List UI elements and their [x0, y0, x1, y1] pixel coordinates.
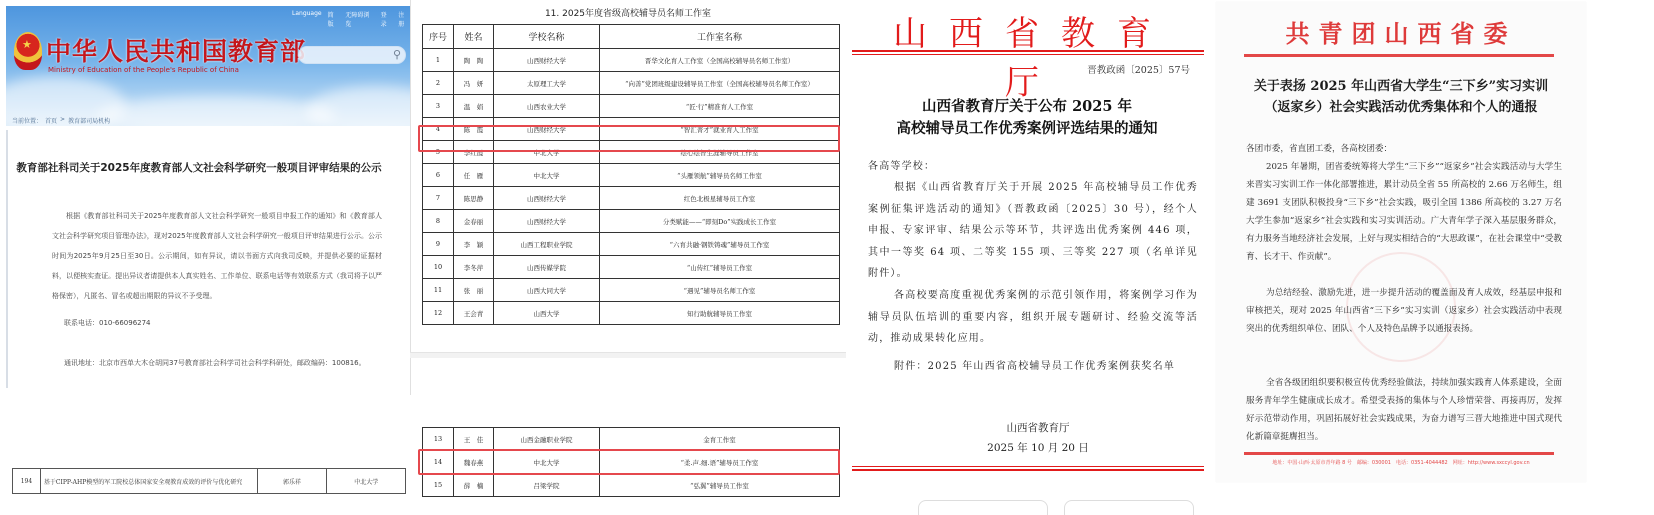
header-no: 序号	[423, 25, 454, 49]
cell-name: 李红霞	[454, 141, 494, 164]
sx-edu-notice-panel: 山西省教育厅 晋教政函〔2025〕57号 山西省教育厅关于公布 2025 年 高…	[846, 0, 1210, 515]
cell-school: 山西大学	[494, 302, 600, 325]
footer-contact: 地址：中国·山西·太原市青年路 8 号 邮编：030001 电话：0351-40…	[1216, 459, 1586, 466]
notice-paragraph-1: 根据《山西省教育厅关于开展 2025 年高校辅导员工作优秀案例征集评选活动的通知…	[868, 177, 1198, 285]
notice-header: 共青团山西省委	[1216, 14, 1586, 49]
cell-studio: “遇见”辅导员名师工作室	[600, 279, 840, 302]
cell-name: 王 佳	[454, 428, 494, 451]
cell-name: 薛 楠	[454, 474, 494, 497]
cell-studio: “弘翼”辅导员工作室	[600, 474, 840, 497]
cell-no: 9	[423, 233, 454, 256]
salutation: 各团市委，省直团工委，各高校团委：	[1246, 140, 1562, 158]
cell-school: 吕梁学院	[494, 474, 600, 497]
cell-studio: “头雁领航”辅导员名师工作室	[600, 164, 840, 187]
section-divider	[410, 352, 846, 358]
table-row: 9李 颖山西工程职业学院“六育共融·钢铁铸魂”辅导员工作室	[423, 233, 840, 256]
cell-name: 魏春燕	[454, 451, 494, 474]
notice-date: 2025 年 10 月 20 日	[846, 440, 1210, 455]
contact-phone: 联系电话：010-66096274	[64, 318, 151, 328]
cell-school: 中北大学	[494, 164, 600, 187]
language-link[interactable]: Language	[292, 10, 322, 28]
header-name: 姓名	[454, 25, 494, 49]
moe-site-header: 中华人民共和国教育部 Ministry of Education of the …	[6, 6, 410, 126]
cell-no: 13	[423, 428, 454, 451]
cell-name: 李 颖	[454, 233, 494, 256]
table-header-row: 序号 姓名 学校名称 工作室名称	[423, 25, 840, 49]
cell-name: 陶 陶	[454, 49, 494, 72]
notice-header: 山西省教育厅	[876, 6, 1190, 104]
cell-name: 李冬萍	[454, 256, 494, 279]
cell-studio: “六育共融·钢铁铸魂”辅导员工作室	[600, 233, 840, 256]
table-row-highlighted: 5李红霞中北大学绘心绘智生涯辅导员工作室	[423, 141, 840, 164]
attachment-line: 附件：2025 年山西省高校辅导员工作优秀案例获奖名单	[868, 356, 1198, 378]
cell-name: 张 丽	[454, 279, 494, 302]
table-row: 7陈思静山西财经大学红色北极星辅导员工作室	[423, 187, 840, 210]
cell-name: 任 雁	[454, 164, 494, 187]
cell-name: 陈思静	[454, 187, 494, 210]
cell-no: 14	[423, 451, 454, 474]
table-row: 11张 丽山西大同大学“遇见”辅导员名师工作室	[423, 279, 840, 302]
cell-studio: 晋华文化育人工作室（全国高校辅导员名师工作室）	[600, 49, 840, 72]
cell-no: 11	[423, 279, 454, 302]
notice-title-line1: 关于表扬 2025 年山西省大学生“三下乡”实习实训	[1216, 76, 1586, 97]
article-body: 教育部社科司关于2025年度教育部人文社会科学研究一般项目评审结果的公示 根据《…	[6, 130, 390, 388]
notice-title-line2: （返家乡）社会实践活动优秀集体和个人的通报	[1216, 97, 1586, 118]
project-table-row: 194 基于CIPP-AHP模型的军工院校总体国家安全观教育成效的评价与优化研究…	[12, 468, 406, 494]
project-person: 郭乐祥	[258, 469, 328, 493]
breadcrumb-label: 当前位置：	[12, 116, 42, 125]
cell-name: 温 娟	[454, 95, 494, 118]
table-row: 10李冬萍山西传媒学院“山传红”辅导员工作室	[423, 256, 840, 279]
cell-school: 山西传媒学院	[494, 256, 600, 279]
cell-school: 山西农业大学	[494, 95, 600, 118]
search-input[interactable]: ⚲	[298, 46, 406, 64]
cell-school: 山西工程职业学院	[494, 233, 600, 256]
cell-name: 王会青	[454, 302, 494, 325]
article-title: 教育部社科司关于2025年度教育部人文社会科学研究一般项目评审结果的公示	[8, 160, 390, 175]
cell-studio: “山传红”辅导员工作室	[600, 256, 840, 279]
header-rule-thin	[852, 54, 1204, 55]
panel-divider-line	[410, 0, 411, 395]
cell-name: 陈 霞	[454, 118, 494, 141]
article-paragraph: 根据《教育部社科司关于2025年度教育部人文社会科学研究一般项目申报工作的通知》…	[52, 206, 382, 306]
table-row: 12王会青山西大学知行助航辅导员工作室	[423, 302, 840, 325]
notice-title-line2: 高校辅导员工作优秀案例评选结果的通知	[852, 118, 1202, 140]
cell-no: 12	[423, 302, 454, 325]
accessibility-link[interactable]: 无障碍浏览	[345, 10, 374, 28]
footer-rule-thin	[852, 466, 1204, 467]
studio-table-bottom: 13王 佳山西金融职业学院金育工作室 14魏春燕中北大学“柔.声.细.语”辅导员…	[422, 427, 840, 497]
cell-studio: “向善”党团班级建设辅导员工作室（全国高校辅导员名师工作室）	[600, 72, 840, 95]
national-emblem-icon	[14, 32, 42, 70]
project-no: 194	[13, 469, 41, 493]
project-school: 中北大学	[327, 469, 405, 493]
cell-school: 山西财经大学	[494, 210, 600, 233]
cell-studio: 红色北极星辅导员工作室	[600, 187, 840, 210]
cell-studio: “柔.声.细.语”辅导员工作室	[600, 451, 840, 474]
cell-school: 山西金融职业学院	[494, 428, 600, 451]
cell-studio: 绘心绘智生涯辅导员工作室	[600, 141, 840, 164]
table-row: 8金春丽山西财经大学分类赋能——“即刻Do”实践成长工作室	[423, 210, 840, 233]
table-row: 6任 雁中北大学“头雁领航”辅导员名师工作室	[423, 164, 840, 187]
breadcrumb-home[interactable]: 首页	[45, 116, 57, 125]
notice-paragraph-1: 2025 年暑期，团省委统筹将大学生“三下乡”“返家乡”社会实践活动与大学生来晋…	[1246, 158, 1562, 266]
cell-school: 山西财经大学	[494, 118, 600, 141]
table-row: 2冯 妍太原理工大学“向善”党团班级建设辅导员工作室（全国高校辅导员名师工作室）	[423, 72, 840, 95]
cell-studio: 知行助航辅导员工作室	[600, 302, 840, 325]
cell-school: 山西大同大学	[494, 279, 600, 302]
table-row: 3温 娟山西农业大学“匠·行”精准育人工作室	[423, 95, 840, 118]
header-studio: 工作室名称	[600, 25, 840, 49]
cell-school: 中北大学	[494, 141, 600, 164]
notice-paragraph-2: 为总结经验、激励先进，进一步提升活动的覆盖面及育人成效，经基层申报和审核把关，现…	[1246, 284, 1562, 338]
site-subtitle: Ministry of Education of the People's Re…	[48, 66, 239, 74]
site-title: 中华人民共和国教育部	[46, 32, 306, 68]
bottom-button-2[interactable]	[1064, 500, 1194, 515]
cell-no: 1	[423, 49, 454, 72]
signature: 山西省教育厅	[846, 420, 1210, 435]
table-row: 15薛 楠吕梁学院“弘翼”辅导员工作室	[423, 474, 840, 497]
studio-table-top: 序号 姓名 学校名称 工作室名称 1陶 陶山西财经大学晋华文化育人工作室（全国高…	[422, 24, 840, 325]
header-rule-thick	[852, 50, 1204, 52]
login-link[interactable]: 登录	[381, 10, 393, 28]
top-links: Language 简版 无障碍浏览 登录 注册	[292, 10, 410, 28]
document-number: 晋教政函〔2025〕57号	[1087, 62, 1190, 76]
cell-no: 3	[423, 95, 454, 118]
footer-rule-thick	[852, 469, 1204, 471]
table-row: 1陶 陶山西财经大学晋华文化育人工作室（全国高校辅导员名师工作室）	[423, 49, 840, 72]
notice-paragraph-2: 各高校要高度重视优秀案例的示范引领作用，将案例学习作为辅导员队伍培训的重要内容，…	[868, 285, 1198, 350]
notice-paragraph-3: 全省各级团组织要积极宣传优秀经验做法，持续加强实践育人体系建设，全面服务青年学生…	[1246, 374, 1562, 446]
scanned-document: 共青团山西省委 关于表扬 2025 年山西省大学生“三下乡”实习实训 （返家乡）…	[1216, 2, 1586, 482]
cell-school: 太原理工大学	[494, 72, 600, 95]
cell-school: 山西财经大学	[494, 49, 600, 72]
register-link[interactable]: 注册	[398, 10, 410, 28]
table-row: 4陈 霞山西财经大学“智汇菁才”就业育人工作室	[423, 118, 840, 141]
cell-no: 5	[423, 141, 454, 164]
cell-studio: 分类赋能——“即刻Do”实践成长工作室	[600, 210, 840, 233]
simple-version-link[interactable]: 简版	[328, 10, 340, 28]
project-title: 基于CIPP-AHP模型的军工院校总体国家安全观教育成效的评价与优化研究	[41, 469, 258, 493]
search-icon[interactable]: ⚲	[393, 48, 401, 61]
cell-no: 7	[423, 187, 454, 210]
cell-studio: “匠·行”精准育人工作室	[600, 95, 840, 118]
cell-school: 山西财经大学	[494, 187, 600, 210]
cell-name: 冯 妍	[454, 72, 494, 95]
table-caption: 11. 2025年度省级高校辅导员名师工作室	[410, 6, 846, 19]
cell-no: 4	[423, 118, 454, 141]
notice-title-line1: 山西省教育厅关于公布 2025 年	[852, 96, 1202, 118]
footer-rule	[1244, 452, 1554, 455]
contact-address: 通讯地址：北京市西单大木仓胡同37号教育部社会科学司社会科学科研处，邮政编码：1…	[64, 358, 366, 368]
table-row-highlighted: 14魏春燕中北大学“柔.声.细.语”辅导员工作室	[423, 451, 840, 474]
table-row: 13王 佳山西金融职业学院金育工作室	[423, 428, 840, 451]
breadcrumb: 当前位置： 首页 > 教育部司局机构	[12, 116, 110, 125]
cell-school: 中北大学	[494, 451, 600, 474]
cell-studio: “智汇菁才”就业育人工作室	[600, 118, 840, 141]
cell-no: 8	[423, 210, 454, 233]
cell-no: 10	[423, 256, 454, 279]
cell-studio: 金育工作室	[600, 428, 840, 451]
studio-table-panel: 11. 2025年度省级高校辅导员名师工作室 序号 姓名 学校名称 工作室名称 …	[410, 0, 846, 515]
bottom-button-1[interactable]	[918, 500, 1048, 515]
breadcrumb-current[interactable]: 教育部司局机构	[68, 116, 110, 125]
header-rule	[1244, 54, 1554, 57]
cell-name: 金春丽	[454, 210, 494, 233]
breadcrumb-separator: >	[60, 116, 65, 125]
moe-webpage-panel: 中华人民共和国教育部 Ministry of Education of the …	[0, 0, 410, 515]
cell-no: 6	[423, 164, 454, 187]
youth-league-notice-panel: 共青团山西省委 关于表扬 2025 年山西省大学生“三下乡”实习实训 （返家乡）…	[1210, 0, 1654, 515]
header-school: 学校名称	[494, 25, 600, 49]
salutation: 各高等学校：	[868, 156, 1198, 178]
cell-no: 2	[423, 72, 454, 95]
cell-no: 15	[423, 474, 454, 497]
